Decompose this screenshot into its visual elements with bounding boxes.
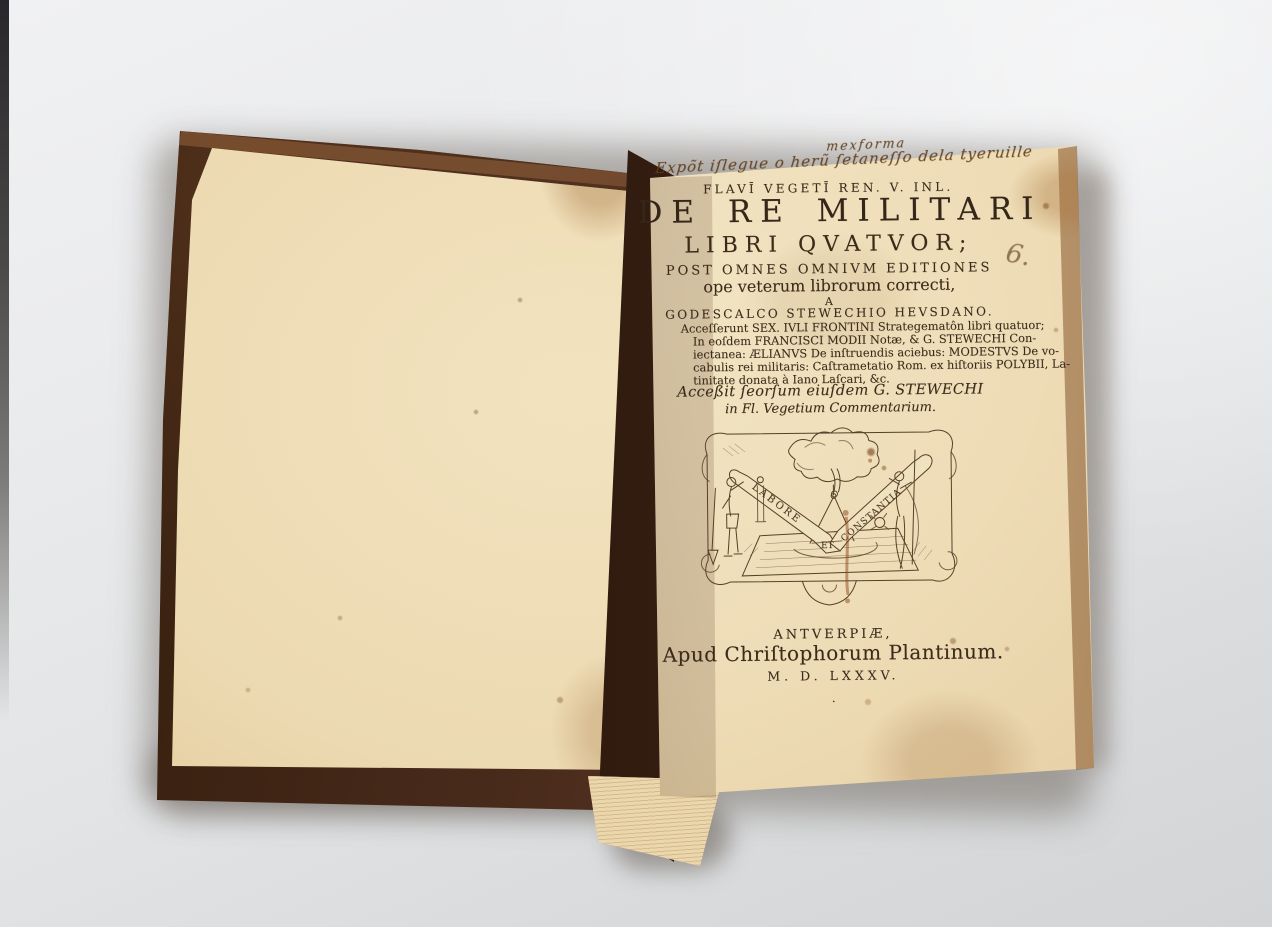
- device-motto-constantia: CONSTANTIA: [839, 487, 903, 544]
- accessit-line1: Acceßit ſeorſum eiuſdem G. STEWECHI: [639, 381, 1021, 401]
- device-motto-et: ET: [821, 541, 834, 551]
- imprint-publisher: Apud Chriſtophorum Plantinum.: [642, 639, 1024, 667]
- main-title: DE RE MILITARI: [637, 191, 1019, 231]
- imprint-dot: .: [643, 689, 1025, 707]
- printer-device-engraving: LABORE ET CONSTANTIA: [693, 422, 965, 619]
- photo-of-open-antique-book: mexforma Expõt iſlegue o herũ ſetaneſſo …: [0, 0, 1272, 927]
- contents-note-paragraph: Acceſſerunt SEX. IVLI FRONTINI Strategem…: [681, 319, 982, 387]
- imprint-year: M. D. LXXXV.: [642, 666, 1024, 685]
- backdrop-left-edge: [0, 0, 9, 927]
- title-page-text: mexforma Expõt iſlegue o herũ ſetaneſſo …: [637, 148, 1025, 752]
- subtitle: LIBRI QVATVOR;: [638, 230, 1020, 259]
- accessit-line2: in Fl. Vegetium Commentarium.: [639, 399, 1021, 418]
